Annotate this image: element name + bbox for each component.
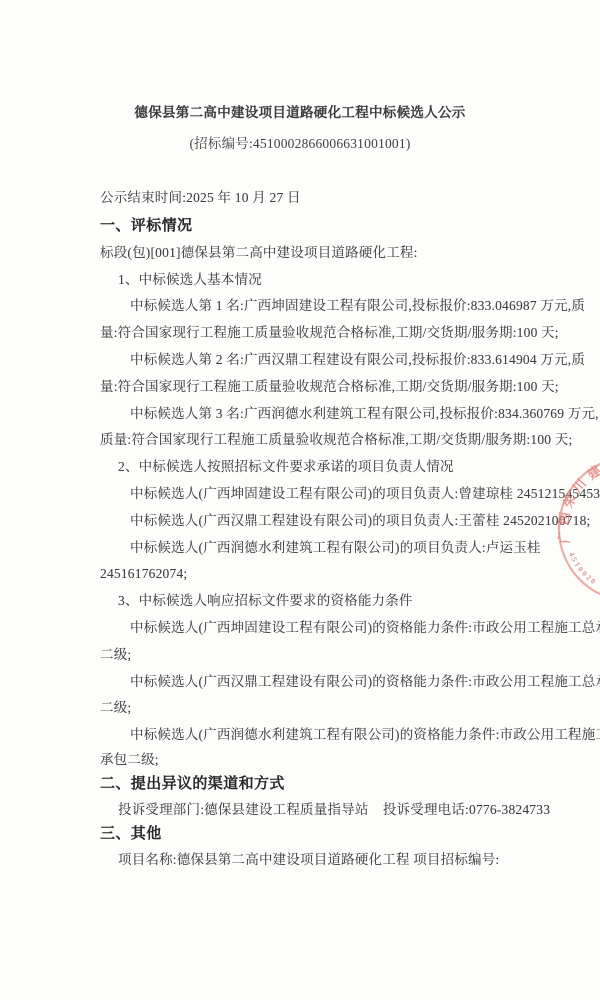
notice-title: 德保县第二高中建设项目道路硬化工程中标候选人公示 [40,97,560,128]
section-2-heading: 二、提出异议的渠道和方式 [100,772,544,797]
complaint-contact-line: 投诉受理部门:德保县建设工程质量指导站 投诉受理电话:0776-3824733 [100,797,544,822]
notice-body: 公示结束时间:2025 年 10 月 27 日 一、评标情况 标段(包)[001… [100,182,544,874]
tender-number: (招标编号:4510002866006631001001) [40,128,560,159]
doc-line: 量:符合国家现行工程施工质量验收规范合格标准,工期/交货期/服务期:100 天; [100,320,544,347]
seal-char: 川 [569,476,589,496]
doc-line: 量:符合国家现行工程施工质量验收规范合格标准,工期/交货期/服务期:100 天; [100,374,544,401]
section-3-heading: 三、其他 [100,822,544,847]
doc-line: 中标候选人(广西坤固建设工程有限公司)的资格能力条件:市政公用工程施工总承包 [100,615,544,642]
doc-line: 标段(包)[001]德保县第二高中建设项目道路硬化工程: [100,240,544,267]
seal-char: 西 [556,511,573,526]
scanned-notice-page: 德保县第二高中建设项目道路硬化工程中标候选人公示 (招标编号:451000286… [0,0,600,1000]
doc-line: 中标候选人第 2 名:广西汉鼎工程建设有限公司,投标报价:833.614904 … [100,347,544,374]
section-1-heading: 一、评标情况 [100,213,544,240]
doc-line: 质量:符合国家现行工程施工质量验收规范合格标准,工期/交货期/服务期:100 天… [100,427,544,454]
doc-line: 二级; [100,642,544,669]
doc-line: 中标候选人(广西汉鼎工程建设有限公司)的项目负责人:王蕾桂 2452021007… [100,508,544,535]
doc-line: 245161762074; [100,561,544,588]
doc-line: 中标候选人第 1 名:广西坤固建设工程有限公司,投标报价:833.046987 … [100,293,544,320]
doc-line: 二级; [100,695,544,722]
doc-line: 中标候选人(广西汉鼎工程建设有限公司)的资格能力条件:市政公用工程施工总承包 [100,669,544,696]
publicity-end-time: 公示结束时间:2025 年 10 月 27 日 [100,182,544,213]
subsection-3-heading: 3、中标候选人响应招标文件要求的资格能力条件 [100,588,544,615]
notice-header: 德保县第二高中建设项目道路硬化工程中标候选人公示 (招标编号:451000286… [40,97,560,159]
company-seal: 广 西 荣 川 建 4 5 1 0 0 2 0 [540,430,600,630]
subsection-2-heading: 2、中标候选人按照招标文件要求承诺的项目负责人情况 [100,454,544,481]
seal-char: 广 [556,530,572,545]
subsection-1-heading: 1、中标候选人基本情况 [100,267,544,294]
doc-line: 中标候选人第 3 名:广西润德水利建筑工程有限公司,投标报价:834.36076… [100,401,544,428]
doc-line: 承包二级; [100,747,544,772]
doc-line: 中标候选人(广西润德水利建筑工程有限公司)的资格能力条件:市政公用工程施工总 [100,722,544,747]
doc-line: 中标候选人(广西坤固建设工程有限公司)的项目负责人:曾建琼桂 245121545… [100,481,544,508]
doc-line: 中标候选人(广西润德水利建筑工程有限公司)的项目负责人:卢运玉桂 [100,535,544,562]
project-name-line: 项目名称:德保县第二高中建设项目道路硬化工程 项目招标编号: [100,847,544,874]
